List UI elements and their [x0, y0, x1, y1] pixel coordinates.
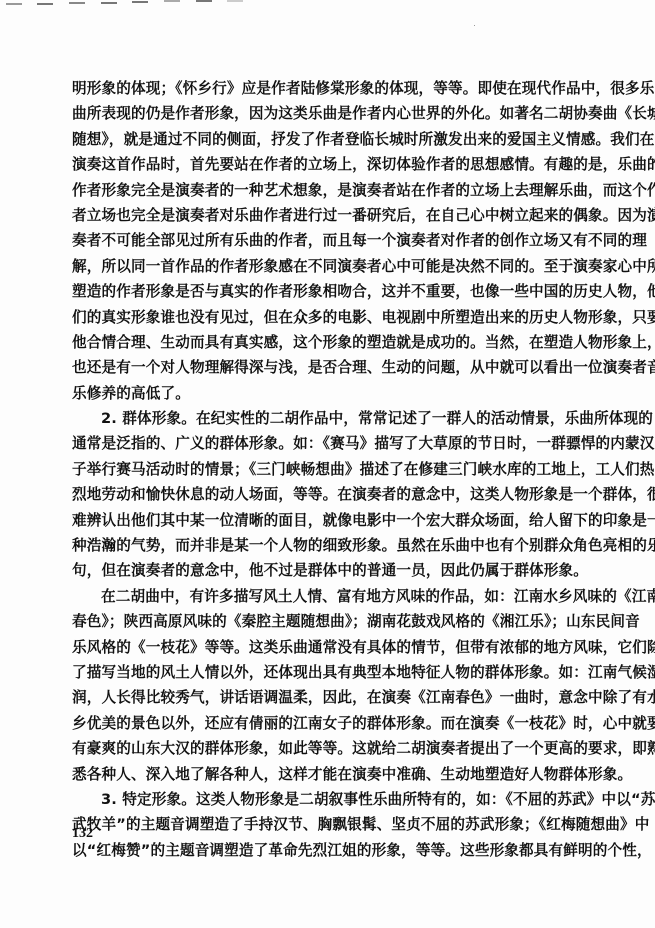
text-run: 在纪实性的二胡作品中，常常记述了一群人的活动情景，乐曲所体现的	[196, 410, 653, 427]
text-line: 奏者不可能全部见过所有乐曲的作者，而且每一个演奏者对作者的创作立场又有不同的理	[72, 228, 614, 253]
text-line: 乡优美的景色以外，还应有倩丽的江南女子的群体形象。而在演奏《一枝花》时，心中就要	[72, 711, 614, 736]
text-line: 作者形象完全是演奏者的一种艺术想象，是演奏者站在作者的立场上去理解乐曲，而这个作	[72, 178, 614, 203]
section-number: 2.	[101, 410, 117, 427]
paragraph-group-image: 2. 群体形象。在纪实性的二胡作品中，常常记述了一群人的活动情景，乐曲所体现的 …	[72, 406, 614, 584]
text-line: 春色》；陕西高原风味的《秦腔主题随想曲》；湖南花鼓戏风格的《湘江乐》；山东民间音	[72, 609, 614, 634]
book-page-body: 明形象的体现；《怀乡行》应是作者陆修棠形象的体现，等等。即使在现代作品中，很多乐…	[72, 76, 614, 863]
text-line: 武牧羊”的主题音调塑造了手持汉节、胸飘银髯、坚贞不屈的苏武形象；《红梅随想曲》中	[72, 812, 614, 837]
text-line: 曲所表现的仍是作者形象，因为这类乐曲是作者内心世界的外化。如著名二胡协奏曲《长城	[72, 101, 614, 126]
scan-edge-marks	[0, 0, 260, 6]
text-line: 也还是有一个对人物理解得深与浅，是否合理、生动的问题，从中就可以看出一位演奏者音	[72, 355, 614, 380]
text-line: 了描写当地的风土人情以外，还体现出具有典型本地特征人物的群体形象。如：江南气候湿	[72, 660, 614, 685]
paragraph-regional-style: 在二胡曲中，有许多描写风土人情、富有地方风味的作品，如：江南水乡风味的《江南 春…	[72, 584, 614, 787]
text-line: 解，所以同一首作品的作者形象感在不同演奏者心中可能是决然不同的。至于演奏家心中所	[72, 254, 614, 279]
text-line: 乐风格的《一枝花》等等。这类乐曲通常没有具体的情节，但带有浓郁的地方风味，它们除	[72, 635, 614, 660]
section-number: 3.	[101, 791, 117, 808]
text-line: 种浩瀚的气势，而并非是某一个人物的细致形象。虽然在乐曲中也有个别群众角色亮相的乐	[72, 533, 614, 558]
text-line: 润，人长得比较秀气，讲话语调温柔，因此，在演奏《江南春色》一曲时，意念中除了有水	[72, 685, 614, 710]
text-line: 明形象的体现；《怀乡行》应是作者陆修棠形象的体现，等等。即使在现代作品中，很多乐	[72, 76, 614, 101]
text-line: 通常是泛指的、广义的群体形象。如：《赛马》描写了大草原的节日时，一群骠悍的内蒙汉	[72, 431, 614, 456]
section-heading: 群体形象。	[122, 410, 196, 427]
text-line: 子举行赛马活动时的情景；《三门峡畅想曲》描述了在修建三门峡水库的工地上，工人们热	[72, 457, 614, 482]
text-line: 3. 特定形象。这类人物形象是二胡叙事性乐曲所特有的，如：《不屈的苏武》中以“苏	[72, 787, 614, 812]
text-line: 者立场也完全是演奏者对乐曲作者进行过一番研究后，在自己心中树立起来的偶象。因为演	[72, 203, 614, 228]
paragraph-author-image-continuation: 明形象的体现；《怀乡行》应是作者陆修棠形象的体现，等等。即使在现代作品中，很多乐…	[72, 76, 614, 406]
text-line: 难辨认出他们其中某一位清晰的面目，就像电影中一个宏大群众场面，给人留下的印象是一	[72, 508, 614, 533]
text-line: 2. 群体形象。在纪实性的二胡作品中，常常记述了一群人的活动情景，乐曲所体现的	[72, 406, 614, 431]
paragraph-specific-image: 3. 特定形象。这类人物形象是二胡叙事性乐曲所特有的，如：《不屈的苏武》中以“苏…	[72, 787, 614, 863]
text-line: 有豪爽的山东大汉的群体形象，如此等等。这就给二胡演奏者提出了一个更高的要求，即熟	[72, 736, 614, 761]
text-line: 在二胡曲中，有许多描写风土人情、富有地方风味的作品，如：江南水乡风味的《江南	[72, 584, 614, 609]
text-line: 乐修养的高低了。	[72, 381, 614, 406]
text-line: 悉各种人、深入地了解各种人，这样才能在演奏中准确、生动地塑造好人物群体形象。	[72, 762, 614, 787]
text-line: 随想》，就是通过不同的侧面，抒发了作者登临长城时所激发出来的爱国主义情感。我们在	[72, 127, 614, 152]
text-line: 他合情合理、生动而具有真实感，这个形象的塑造就是成功的。当然，在塑造人物形象上，	[72, 330, 614, 355]
page-number: 132	[72, 826, 93, 842]
text-line: 们的真实形象谁也没有见过，但在众多的电影、电视剧中所塑造出来的历史人物形象，只要	[72, 305, 614, 330]
text-line: 以“红梅赞”的主题音调塑造了革命先烈江姐的形象，等等。这些形象都具有鲜明的个性，	[72, 838, 614, 863]
text-line: 演奏这首作品时，首先要站在作者的立场上，深切体验作者的思想感情。有趣的是，乐曲的	[72, 152, 614, 177]
text-line: 烈地劳动和愉快休息的动人场面，等等。在演奏者的意念中，这类人物形象是一个群体，很	[72, 482, 614, 507]
text-line: 塑造的作者形象是否与真实的作者形象相吻合，这并不重要，也像一些中国的历史人物，他	[72, 279, 614, 304]
text-run: 这类人物形象是二胡叙事性乐曲所特有的，如：《不屈的苏武》中以“苏	[196, 791, 655, 808]
scan-speck	[474, 25, 475, 26]
section-heading: 特定形象。	[122, 791, 196, 808]
text-line: 句，但在演奏者的意念中，他不过是群体中的普通一员，因此仍属于群体形象。	[72, 558, 614, 583]
